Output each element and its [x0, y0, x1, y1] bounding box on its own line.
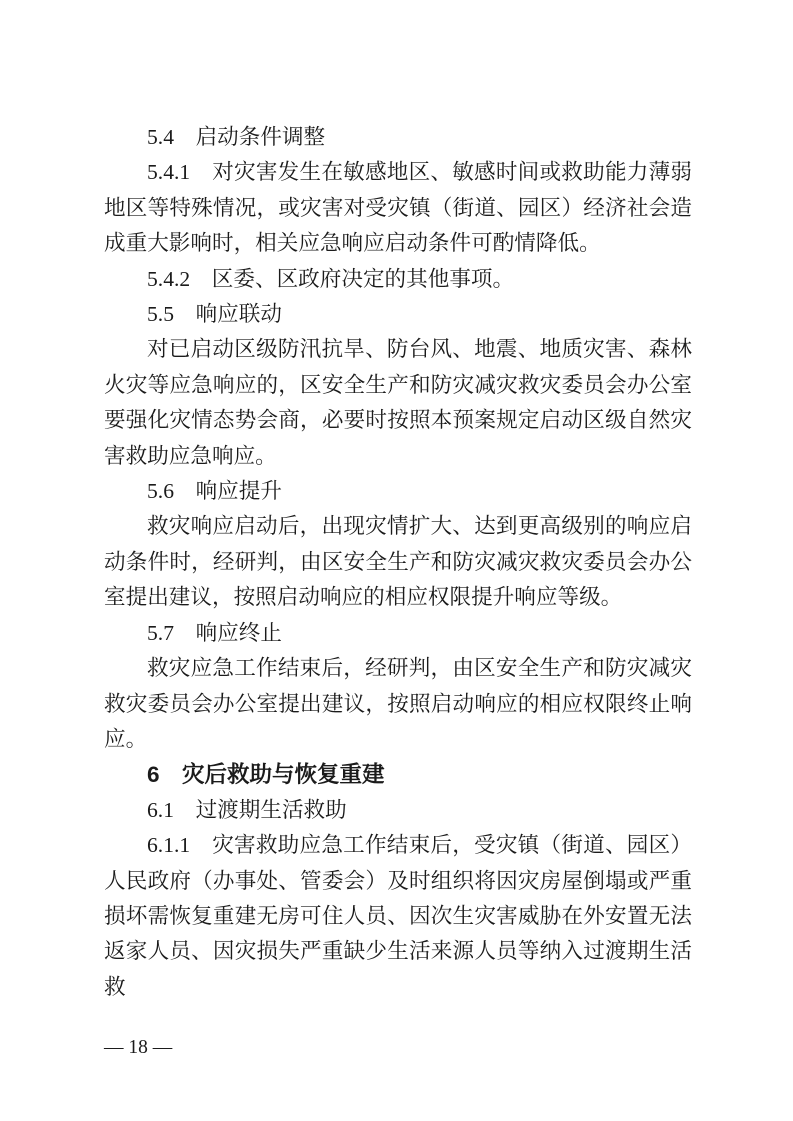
paragraph: 5.4.2 区委、区政府决定的其他事项。: [104, 262, 692, 297]
paragraph: 6.1.1 灾害救助应急工作结束后，受灾镇（街道、园区）人民政府（办事处、管委会…: [104, 828, 692, 1005]
chapter-heading: 6 灾后救助与恢复重建: [104, 757, 692, 792]
paragraph: 救灾响应启动后，出现灾情扩大、达到更高级别的响应启动条件时，经研判，由区安全生产…: [104, 509, 692, 615]
page-number: — 18 —: [104, 1037, 172, 1058]
paragraph: 对已启动区级防汛抗旱、防台风、地震、地质灾害、森林火灾等应急响应的，区安全生产和…: [104, 332, 692, 474]
page-footer: — 18 —: [104, 1036, 172, 1060]
section-heading: 5.4 启动条件调整: [104, 120, 692, 155]
document-page: 5.4 启动条件调整5.4.1 对灾害发生在敏感地区、敏感时间或救助能力薄弱地区…: [0, 0, 793, 1121]
paragraph: 救灾应急工作结束后，经研判，由区安全生产和防灾减灾救灾委员会办公室提出建议，按照…: [104, 651, 692, 757]
document-content: 5.4 启动条件调整5.4.1 对灾害发生在敏感地区、敏感时间或救助能力薄弱地区…: [104, 120, 692, 1005]
section-heading: 5.6 响应提升: [104, 474, 692, 509]
section-heading: 6.1 过渡期生活救助: [104, 793, 692, 828]
paragraph: 5.4.1 对灾害发生在敏感地区、敏感时间或救助能力薄弱地区等特殊情况，或灾害对…: [104, 155, 692, 261]
section-heading: 5.7 响应终止: [104, 616, 692, 651]
section-heading: 5.5 响应联动: [104, 297, 692, 332]
